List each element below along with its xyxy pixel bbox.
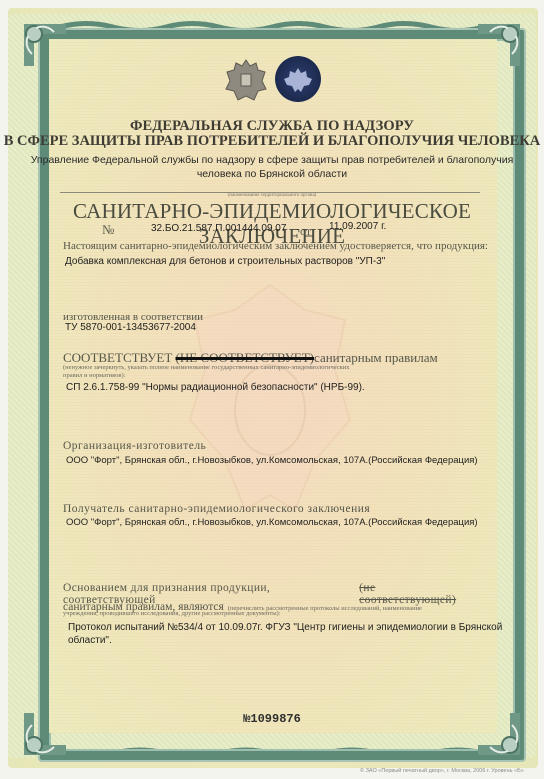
department-line2: человека по Брянской области bbox=[0, 167, 544, 181]
hologram-seal-icon bbox=[275, 56, 321, 102]
recipient-value: ООО "Форт", Брянская обл., г.Новозыбков,… bbox=[66, 517, 478, 528]
basis-value-line1: Протокол испытаний №534/4 от 10.09.07г. … bbox=[68, 621, 502, 634]
document-date: 11.09.2007 г. bbox=[329, 221, 386, 232]
compliance-value: СП 2.6.1.758-99 "Нормы радиационной безо… bbox=[66, 382, 365, 393]
basis-note-line2: учреждения, проводившего исследования, д… bbox=[63, 610, 281, 617]
printer-imprint: © ЗАО «Первый печатный двор», г. Москва,… bbox=[360, 768, 524, 774]
sanitary-rules-text: санитарным правилам bbox=[314, 350, 438, 365]
basis-value-line2: области". bbox=[68, 634, 502, 647]
department-line1: Управление Федеральной службы по надзору… bbox=[0, 153, 544, 167]
coat-of-arms-icon bbox=[223, 56, 269, 106]
compliance-note: (ненужное зачеркнуть, указать полное наи… bbox=[63, 364, 350, 380]
recipient-label: Получатель санитарно-эпидемиологического… bbox=[63, 503, 370, 515]
department-caption: (наименование территориального органа) bbox=[0, 193, 544, 198]
compliance-note-line2: правил и нормативов): bbox=[63, 372, 350, 380]
agency-name-line2: В СФЕРЕ ЗАЩИТЫ ПРАВ ПОТРЕБИТЕЛЕЙ И БЛАГО… bbox=[0, 133, 544, 150]
date-label: от bbox=[300, 224, 311, 239]
document-number: 32.БО.21.587.П.001444.09.07 bbox=[151, 223, 286, 234]
not-complies-struck: (НЕ СООТВЕТСТВУЕТ) bbox=[176, 350, 315, 365]
product-intro: Настоящим санитарно-эпидемиологическим з… bbox=[63, 240, 488, 252]
form-serial-number: №1099876 bbox=[0, 712, 544, 726]
header-emblems bbox=[0, 56, 544, 106]
product-name: Добавка комплексная для бетонов и строит… bbox=[65, 256, 385, 267]
manufacturer-label: Организация-изготовитель bbox=[63, 440, 206, 452]
manufacturer-value: ООО "Форт", Брянская обл., г.Новозыбков,… bbox=[66, 455, 478, 466]
complies-text: СООТВЕТСТВУЕТ bbox=[63, 350, 172, 365]
made-per-value: ТУ 5870-001-13453677-2004 bbox=[65, 322, 196, 333]
basis-value: Протокол испытаний №534/4 от 10.09.07г. … bbox=[68, 621, 502, 647]
eagle-watermark-icon bbox=[185, 280, 355, 520]
compliance-note-line1: (ненужное зачеркнуть, указать полное наи… bbox=[63, 364, 350, 372]
number-label: № bbox=[102, 222, 114, 238]
department-name: Управление Федеральной службы по надзору… bbox=[0, 153, 544, 181]
